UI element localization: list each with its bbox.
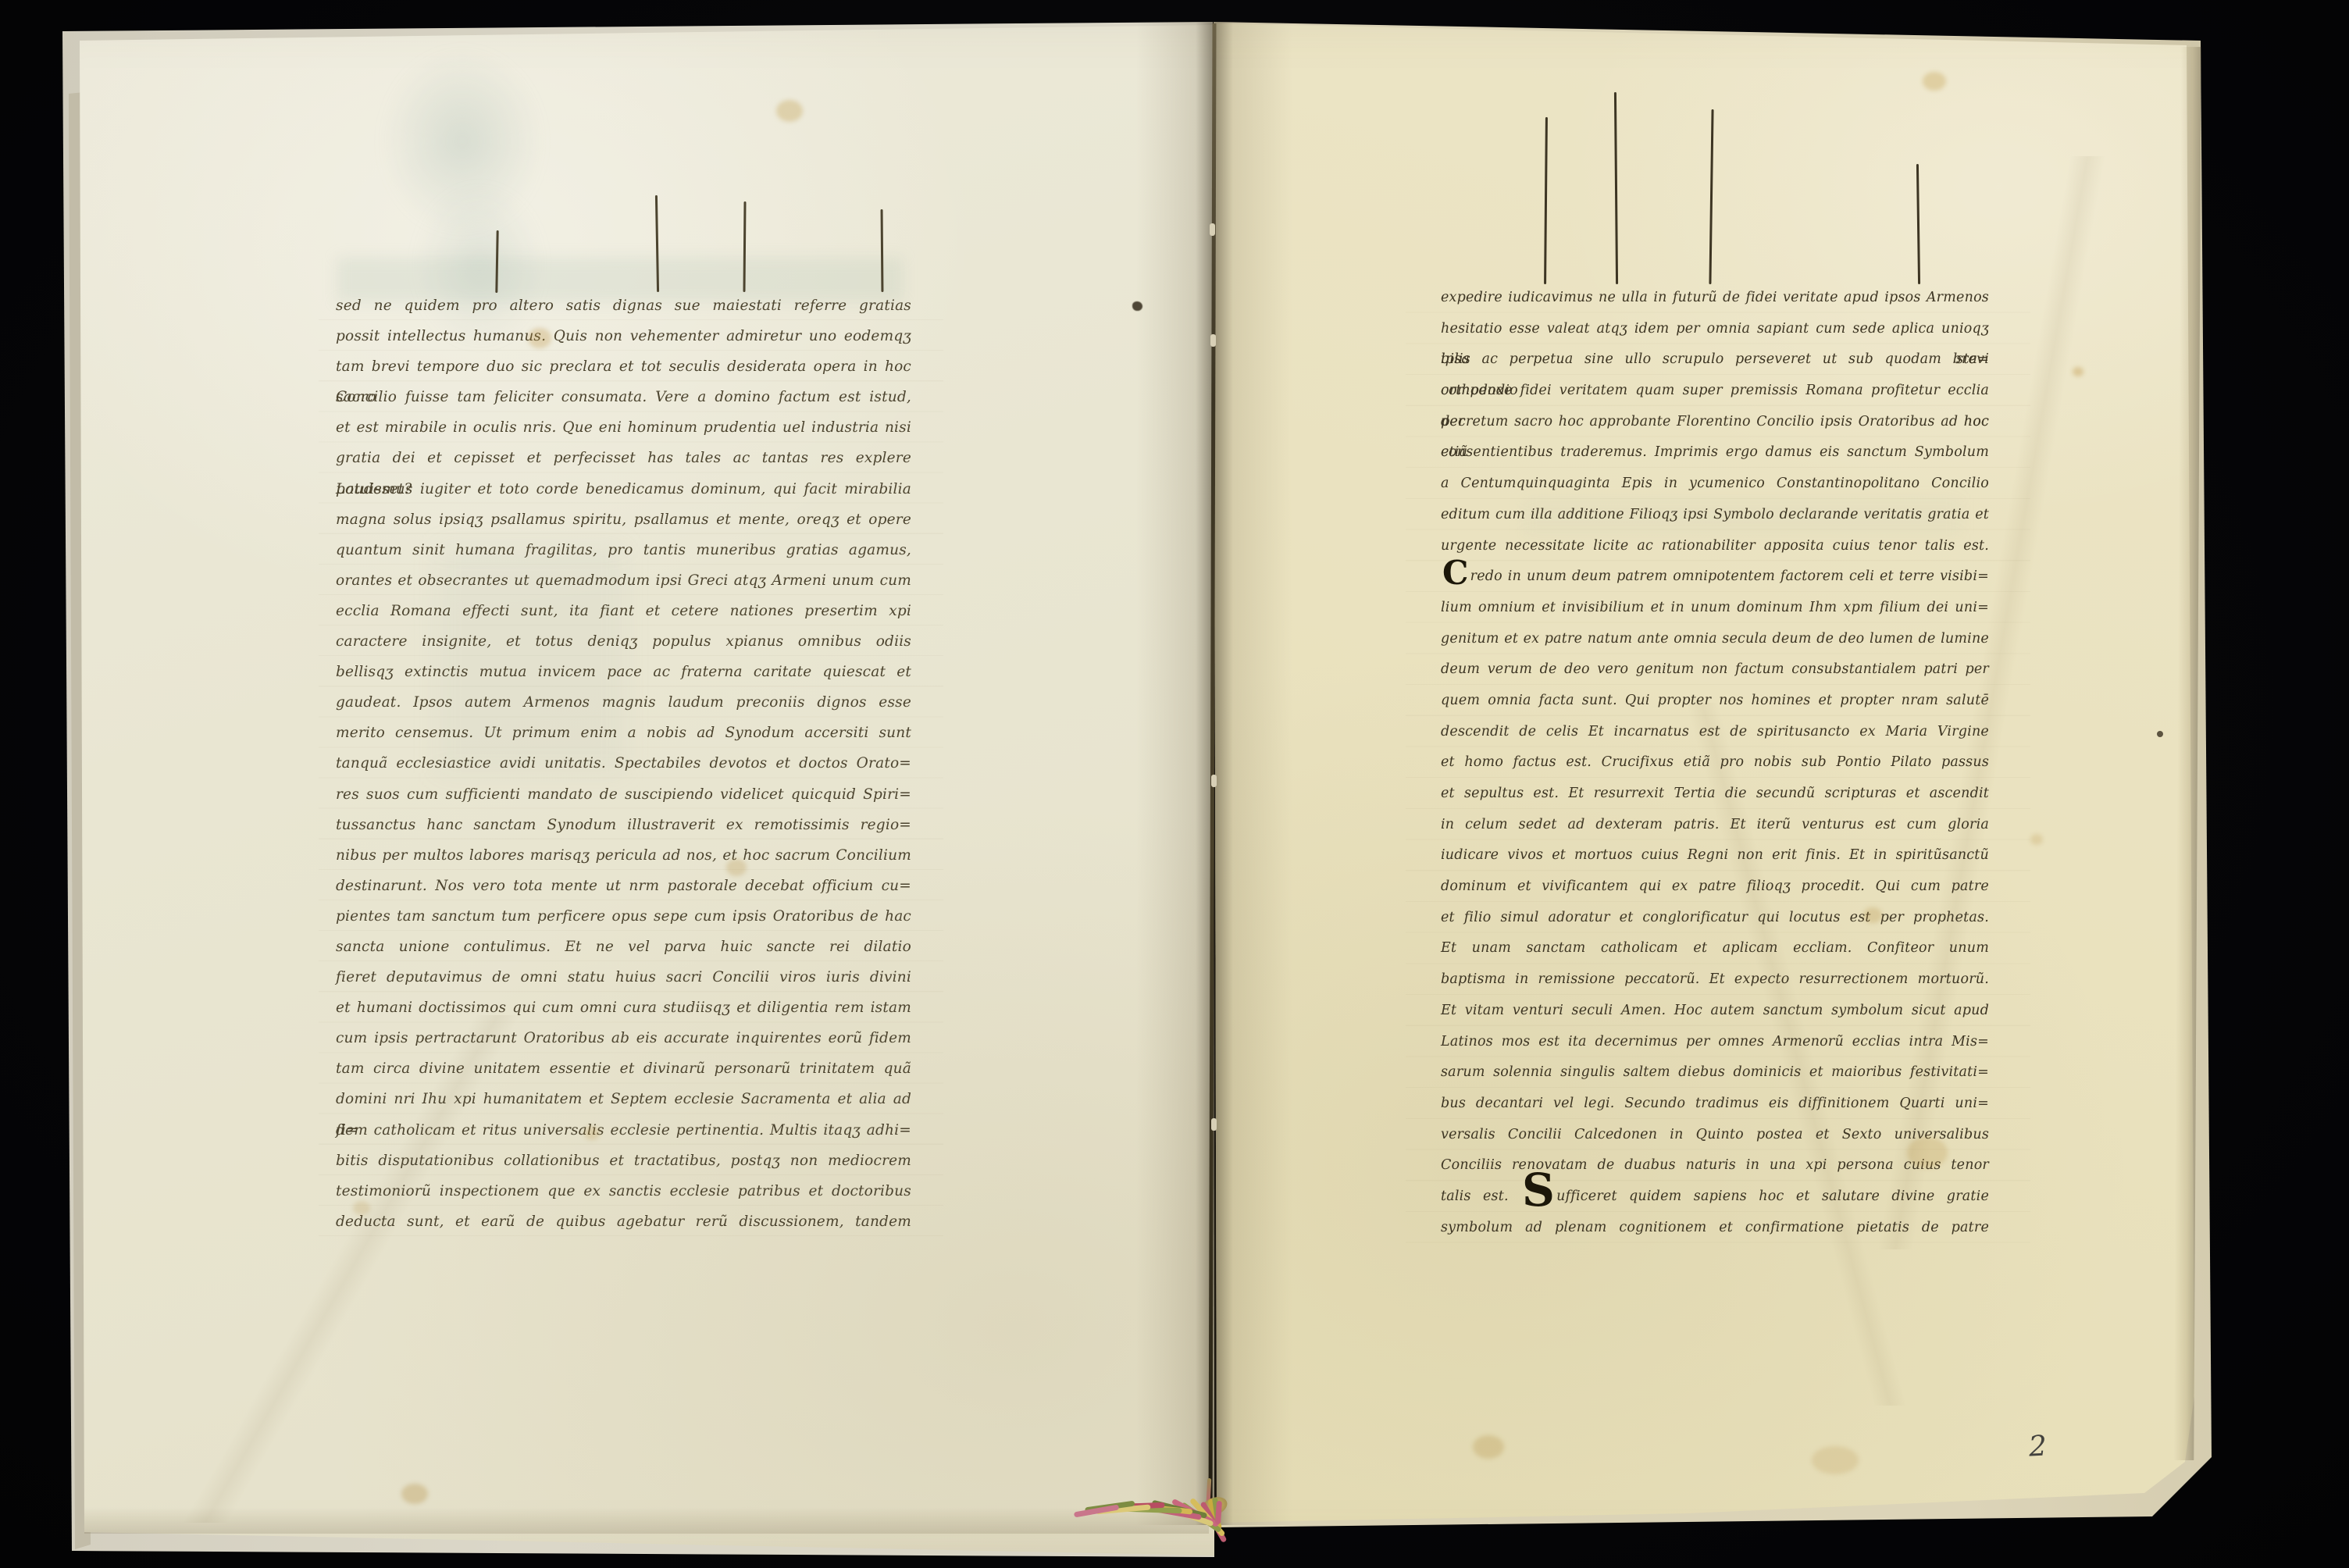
manuscript-text-line: destinarunt. Nos vero tota mente ut nrm … [336, 871, 911, 901]
stain [584, 1126, 600, 1140]
manuscript-text-line: ecclia Romana effecti sunt, ita fiant et… [336, 596, 911, 626]
manuscript-photograph: sed ne quidem pro altero satis dignas su… [0, 0, 2349, 1568]
manuscript-text-line: a Centumquinquaginta Epis in ycumenico C… [1441, 469, 1989, 500]
manuscript-text-line: et homo factus est. Crucifixus etiã pro … [1441, 747, 1989, 779]
manuscript-text-line: editum cum illa additione Filioqʒ ipsi S… [1441, 500, 1989, 531]
tassel-thread [1215, 1501, 1222, 1524]
decorated-initial-c: C [1441, 554, 1470, 592]
stain [1923, 72, 1946, 91]
manuscript-text-line: deducta sunt, et earũ de quibus agebatur… [336, 1206, 911, 1237]
manuscript-text-line: in celum sedet ad dexteram patris. Et it… [1441, 810, 1989, 841]
manuscript-text-line: tanquã ecclesiastice avidi unitatis. Spe… [336, 748, 911, 779]
binding-stitch [1211, 775, 1217, 787]
right-page-text-block: expedire iudicavimus ne ulla in futurũ d… [1441, 283, 1989, 1243]
manuscript-text-line: expedire iudicavimus ne ulla in futurũ d… [1441, 283, 1989, 314]
stain [528, 328, 551, 348]
manuscript-text-line: baptisma in remissione peccatorũ. Et exp… [1441, 964, 1989, 996]
manuscript-text-line: deum verum de deo vero genitum non factu… [1441, 654, 1989, 686]
manuscript-text-line: et sepultus est. Et resurrexit Tertia di… [1441, 779, 1989, 810]
manuscript-text-line: caractere insignite, et totus deniqʒ pop… [336, 626, 911, 657]
manuscript-text-line: orantes et obsecrantes ut quemadmodum ip… [336, 565, 911, 596]
manuscript-text-line: sarum solennia singulis saltem diebus do… [1441, 1057, 1989, 1089]
manuscript-text-line: Latinos mos est ita decernimus per omnes… [1441, 1027, 1989, 1058]
manuscript-text-line: Et vitam venturi seculi Amen. Hoc autem … [1441, 996, 1989, 1027]
manuscript-text-line: Concilio fuisse tam feliciter consumata.… [336, 382, 911, 412]
manuscript-text-line: sancta unione contulimus. Et ne vel parv… [336, 932, 911, 962]
manuscript-text-line: bilis ac perpetua sine ullo scrupulo per… [1441, 344, 1989, 376]
manuscript-text-line: lium omnium et invisibilium et in unum d… [1441, 593, 1989, 624]
manuscript-text-line: possit intellectus humanus. Quis non veh… [336, 321, 911, 351]
binding-stitch [1211, 1118, 1217, 1131]
manuscript-text-line: merito censemus. Ut primum enim a nobis … [336, 718, 911, 748]
stain [353, 1201, 370, 1215]
manuscript-text-line: dem catholicam et ritus universalis eccl… [336, 1115, 911, 1146]
manuscript-text-line: tussanctus hanc sanctam Synodum illustra… [336, 810, 911, 840]
stain [2030, 834, 2043, 845]
manuscript-text-line: quantum sinit humana fragilitas, pro tan… [336, 535, 911, 565]
stain [1863, 907, 1882, 923]
manuscript-text-line: testimoniorũ inspectionem que ex sanctis… [336, 1176, 911, 1206]
binding-stitch [1210, 223, 1215, 236]
stain [1812, 1446, 1859, 1474]
manuscript-text-line: bitis disputationibus collationibus et t… [336, 1146, 911, 1176]
manuscript-text-line: cum ipsis pertractarunt Oratoribus ab ei… [336, 1023, 911, 1053]
binding-stitch [1210, 334, 1216, 347]
manuscript-text-line: decretum sacro hoc approbante Florentino… [1441, 407, 1989, 438]
manuscript-text-line: bus decantari vel legi. Secundo tradimus… [1441, 1089, 1989, 1120]
left-page-text-block: sed ne quidem pro altero satis dignas su… [336, 290, 911, 1237]
manuscript-text-line: et humani doctissimos qui cum omni cura … [336, 992, 911, 1023]
manuscript-text-line: Laudemus iugiter et toto corde benedicam… [336, 474, 911, 504]
manuscript-text-line: res suos cum sufficienti mandato de susc… [336, 779, 911, 810]
manuscript-text-line: versalis Concilii Calcedonen in Quinto p… [1441, 1120, 1989, 1151]
manuscript-text-line: urgente necessitate licite ac rationabil… [1441, 531, 1989, 562]
manuscript-text-line: tam brevi tempore duo sic preclara et to… [336, 351, 911, 382]
manuscript-text-line: dominum et vivificantem qui ex patre fil… [1441, 871, 1989, 903]
manuscript-text-line: et filio simul adoratur et conglorificat… [1441, 903, 1989, 934]
manuscript-text-line: domini nri Ihu xpi humanitatem et Septem… [336, 1084, 911, 1114]
manuscript-text-line: consentientibus traderemus. Imprimis erg… [1441, 437, 1989, 469]
stain [2073, 367, 2083, 376]
manuscript-text-line: descendit de celis Et incarnatus est de … [1441, 717, 1989, 748]
manuscript-text-line: tam circa divine unitatem essentie et di… [336, 1053, 911, 1084]
wormhole [1132, 301, 1142, 311]
stain [1907, 1137, 1948, 1168]
manuscript-text-line: genitum et ex patre natum ante omnia sec… [1441, 624, 1989, 655]
manuscript-text-line: Et unam sanctam catholicam et aplicam ec… [1441, 933, 1989, 964]
manuscript-text-line: fieret deputavimus de omni statu huius s… [336, 962, 911, 992]
manuscript-text-line: et est mirabile in oculis nris. Que eni … [336, 412, 911, 443]
manuscript-text-line: magna solus ipsiqʒ psallamus spiritu, ps… [336, 504, 911, 535]
folio-number: 2 [2028, 1430, 2048, 1463]
stain [776, 100, 803, 122]
manuscript-text-line: nibus per multos labores marisqʒ pericul… [336, 840, 911, 871]
manuscript-text-line: Credo in unum deum patrem omnipotentem f… [1441, 561, 1989, 593]
stain [726, 859, 747, 876]
manuscript-text-line: sed ne quidem pro altero satis dignas su… [336, 290, 911, 321]
manuscript-text-line: orthodoxe fidei veritatem quam super pre… [1441, 376, 1989, 407]
manuscript-text-line: iudicare vivos et mortuos cuius Regni no… [1441, 840, 1989, 871]
manuscript-text-line: quem omnia facta sunt. Qui propter nos h… [1441, 686, 1989, 717]
manuscript-text-line: talis est. Sufficeret quidem sapiens hoc… [1441, 1181, 1989, 1213]
ink-speck [2157, 731, 2163, 737]
manuscript-text-line: symbolum ad plenam cognitionem et confir… [1441, 1213, 1989, 1244]
decorated-initial-s: S [1520, 1164, 1556, 1217]
stain [1473, 1435, 1504, 1459]
stain [401, 1484, 428, 1504]
manuscript-text-line: gratia dei et cepisset et perfecisset ha… [336, 443, 911, 473]
manuscript-text-line: bellisqʒ extinctis mutua invicem pace ac… [336, 657, 911, 687]
manuscript-text-line: gaudeat. Ipsos autem Armenos magnis laud… [336, 687, 911, 718]
bookmark-tassel [1062, 1498, 1242, 1568]
manuscript-text-line: pientes tam sanctum tum perficere opus s… [336, 901, 911, 932]
manuscript-text-line: hesitatio esse valeat atqʒ idem per omni… [1441, 314, 1989, 345]
